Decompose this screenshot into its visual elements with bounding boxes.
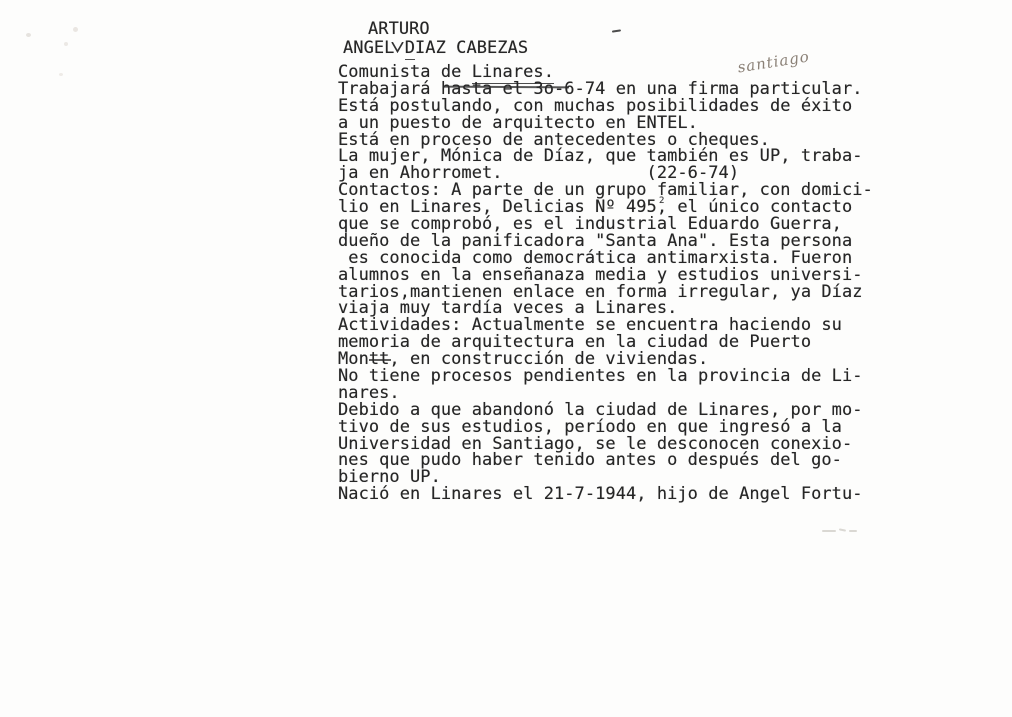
document-line: Nació en Linares el 21-7-1944, hijo de A…	[338, 486, 873, 503]
superscript-typo-mark: 2	[659, 196, 664, 206]
pencil-smudge	[822, 528, 858, 534]
underlined-text: D	[405, 38, 415, 60]
document-body: Comunista de Linares.Trabajará hasta el …	[338, 64, 873, 503]
overstrike-mark	[369, 359, 391, 361]
inserted-name-text: ARTURO	[368, 20, 430, 38]
scan-speck	[73, 27, 78, 32]
document-line: No tiene procesos pendientes en la provi…	[338, 368, 873, 385]
scan-speck	[26, 33, 31, 37]
subject-name: ANGEL DIAZ CABEZAS	[343, 39, 528, 57]
stray-dash-mark	[612, 29, 621, 33]
document-page: ARTURO ANGEL DIAZ CABEZAS Santiago Comun…	[0, 0, 1012, 717]
scan-speck	[59, 73, 63, 76]
scan-speck	[64, 42, 68, 46]
